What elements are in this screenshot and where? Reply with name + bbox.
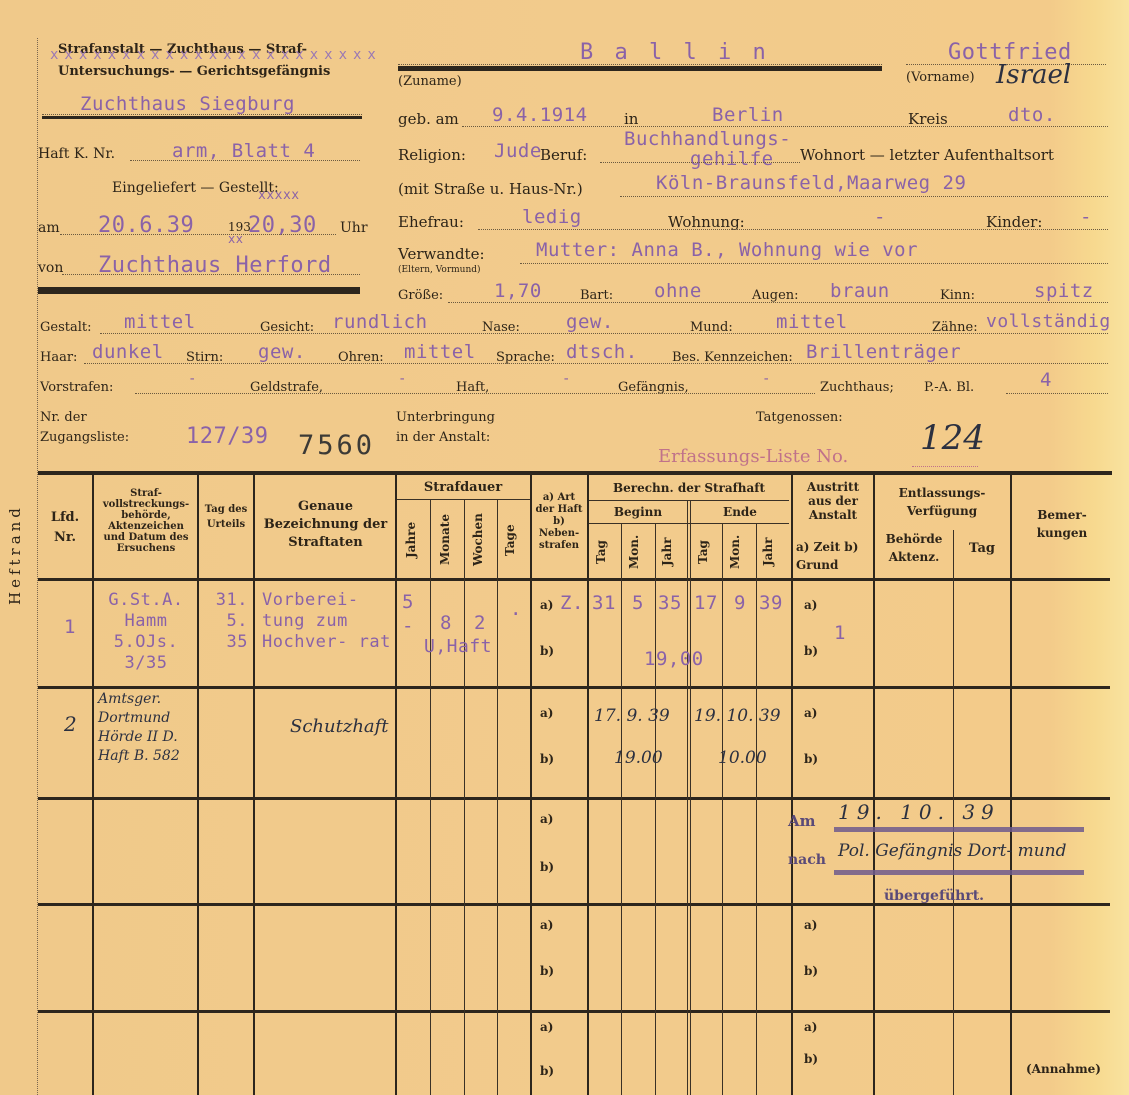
th-ende: Ende: [692, 506, 788, 519]
surname-bar: [398, 66, 882, 71]
col-divider: [756, 524, 757, 1095]
th-wochen: Wochen: [471, 504, 493, 576]
ehefrau-dotline: [478, 229, 1108, 230]
augen-value: braun: [830, 280, 890, 302]
von-dotline: [62, 274, 360, 275]
th-beginn-jahr: Jahr: [660, 528, 684, 576]
stamp-bar-2: [834, 870, 1084, 875]
haft-nr-label: Haft K. Nr.: [38, 146, 115, 162]
zugang-value: 127/39: [186, 424, 268, 449]
row3-a-label: a): [540, 812, 553, 826]
row2-straftat: Schutzhaft: [290, 716, 389, 737]
th-beginn-tag: Tag: [594, 528, 618, 576]
ohren-value: mittel: [404, 341, 476, 363]
nase-value: gew.: [566, 311, 614, 333]
row1-austritt-b: b): [804, 644, 818, 658]
institution-line-2: Untersuchungs- — Gerichtsgefängnis: [58, 64, 330, 79]
th-tage: Tage: [503, 504, 525, 576]
th-ende-jahr: Jahr: [761, 528, 785, 576]
row1-uhaft: U,Haft: [424, 636, 492, 657]
sprache-value: dtsch.: [566, 341, 638, 363]
am-label: am: [38, 220, 60, 236]
col-divider: [587, 473, 589, 1095]
th-beginn-mon: Mon.: [627, 528, 651, 576]
row1-lfd: 1: [64, 616, 76, 638]
institution-dotline: [42, 114, 362, 115]
gesicht-value: rundlich: [332, 311, 428, 333]
verwandte-sublabel: (Eltern, Vormund): [398, 265, 481, 275]
bart-label: Bart:: [580, 288, 613, 303]
row5-austritt-a: a): [804, 1020, 817, 1034]
zugang-label-2: Zugangsliste:: [40, 430, 129, 445]
row2-ende-zeit: 10.00: [718, 748, 767, 768]
row5-a-label: a): [540, 1020, 553, 1034]
religion-value: Jude: [494, 140, 542, 162]
wohnort-dotline: [620, 196, 1108, 197]
row3-am-label: Am: [788, 812, 816, 830]
surname-value: B a l l i n: [580, 40, 770, 65]
col-divider: [873, 473, 875, 1095]
table-top-border: [38, 471, 1112, 475]
row3-uebergefuehrt: übergeführt.: [884, 888, 984, 904]
wohnort-value: Köln-Braunsfeld,Maarweg 29: [656, 172, 966, 194]
surname-label: (Zuname): [398, 74, 462, 89]
kinn-label: Kinn:: [940, 288, 975, 303]
bart-value: ohne: [654, 280, 702, 302]
row2-austritt-a: a): [804, 706, 817, 720]
th-tag-urteil: Tag des Urteils: [200, 502, 252, 532]
th-strafdauer: Strafdauer: [398, 481, 528, 494]
row1-jahre: 5 -: [402, 590, 422, 638]
th-lfd-nr: Lfd. Nr.: [40, 508, 90, 548]
row3-nach-value: Pol. Gefängnis Dort- mund: [838, 838, 1088, 864]
row1-b-label: b): [540, 644, 554, 658]
header-left-bottom-bar: [38, 287, 360, 294]
th-entlassung: Entlassungs- Verfügung: [876, 484, 1008, 520]
strasse-label: (mit Straße u. Haus-Nr.): [398, 180, 583, 198]
th-berechnung: Berechn. der Strafhaft: [590, 482, 788, 495]
row4-austritt-a: a): [804, 918, 817, 932]
pa-label: P.-A. Bl.: [924, 380, 974, 395]
row3-b-label: b): [540, 860, 554, 874]
col-divider: [690, 500, 691, 1095]
erfassung-stamp: Erfassungs-Liste No.: [658, 446, 848, 467]
vorstrafen-value: -: [188, 371, 197, 387]
th-austritt-ab: a) Zeit b) Grund: [796, 538, 872, 574]
ehefrau-value: ledig: [522, 206, 582, 228]
row1-a-label: a): [540, 598, 553, 612]
haft-nr-value: arm, Blatt 4: [172, 140, 315, 162]
row4-a-label: a): [540, 918, 553, 932]
verwandte-dotline: [520, 263, 1108, 264]
kennzeichen-value: Brillenträger: [806, 341, 961, 363]
row1-ende-tag: 17: [694, 592, 718, 614]
kinder-value: -: [1080, 206, 1092, 228]
th-straftaten: Genaue Bezeichnung der Straftaten: [258, 498, 393, 552]
gestalt-dotline: [100, 333, 1108, 334]
th-jahre: Jahre: [404, 504, 426, 576]
row1-wochen: 2: [474, 612, 486, 634]
col-divider: [530, 473, 532, 1095]
berechnung-subline: [589, 500, 789, 501]
th-ende-tag: Tag: [696, 528, 720, 576]
geb-value: 9.4.1914: [492, 104, 588, 126]
row1-tage: .: [510, 598, 522, 620]
verwandte-label: Verwandte:: [398, 245, 485, 263]
groesse-value: 1,70: [494, 280, 542, 302]
haar-dotline: [84, 363, 1108, 364]
zuchthaus-label: Zuchthaus;: [820, 380, 894, 395]
wohnort-label: Wohnort — letzter Aufenthaltsort: [800, 146, 1054, 164]
surname-dotline: [398, 64, 882, 65]
row2-beginn-zeit: 19.00: [614, 748, 663, 768]
eingeliefert-label: Eingeliefert — Gestellt:: [112, 180, 279, 196]
gestalt-value: mittel: [124, 311, 196, 333]
beruf-label: Beruf:: [540, 146, 587, 164]
row2-behoerde: Amtsger. Dortmund Hörde II D. Haft B. 58…: [98, 690, 194, 766]
col-divider: [253, 473, 255, 1095]
haar-label: Haar:: [40, 350, 77, 365]
pa-dotline: [1006, 393, 1108, 394]
institution-strike-1: xxxxxxxxxxxxxxxxxxxxxxx: [50, 47, 382, 63]
col-divider: [430, 500, 431, 1095]
th-beginn: Beginn: [590, 506, 686, 519]
unterbringung-label-2: in der Anstalt:: [396, 430, 490, 445]
erfassung-dotline: [912, 466, 978, 467]
annahme-label: (Annahme): [1026, 1062, 1101, 1076]
institution-typed: Zuchthaus Siegburg: [80, 93, 295, 115]
row1-tag-urteil: 31. 5. 35: [204, 590, 248, 653]
beruf-dotline: [600, 162, 800, 163]
geb-label: geb. am: [398, 110, 459, 128]
col-divider: [464, 500, 465, 1095]
th-monate: Monate: [438, 504, 460, 576]
row4-austritt-b: b): [804, 964, 818, 978]
col-divider: [687, 500, 688, 1095]
groesse-dotline: [448, 302, 1108, 303]
row1-zeit: 19,00: [644, 648, 704, 670]
vorstrafen-dotline: [135, 393, 815, 394]
verwandte-value: Mutter: Anna B., Wohnung wie vor: [536, 239, 918, 261]
row2-b-label: b): [540, 752, 554, 766]
col-divider: [621, 524, 622, 1095]
tatgenossen-label: Tatgenossen:: [756, 410, 843, 425]
zaehne-value: vollständig: [986, 311, 1111, 332]
vorstrafen-label: Vorstrafen:: [40, 380, 113, 395]
geb-dotline: [462, 126, 1108, 127]
row1-art-a: Z.: [560, 592, 584, 614]
pa-value: 4: [1040, 369, 1052, 391]
ehefrau-label: Ehefrau:: [398, 213, 464, 231]
divider: [42, 116, 362, 119]
th-behoerde-aktenz: Behörde Aktenz.: [876, 530, 952, 566]
row3-am-value: 19. 10. 39: [838, 800, 1000, 824]
am-dotline: [60, 234, 336, 235]
birthplace-value: Berlin: [712, 104, 784, 126]
beruf-value-line1: Buchhandlungs-: [624, 128, 791, 150]
row2-lfd: 2: [64, 712, 77, 736]
row5-b-label: b): [540, 1064, 554, 1078]
zugang-label-1: Nr. der: [40, 410, 87, 425]
row4-b-label: b): [540, 964, 554, 978]
row1-monate: 8: [440, 612, 452, 634]
augen-label: Augen:: [752, 288, 799, 303]
haft-nr-dotline: [130, 160, 360, 161]
col-divider: [197, 473, 199, 1095]
firstname-handwritten: Israel: [996, 60, 1071, 90]
col-divider: [722, 524, 723, 1095]
col-divider: [497, 500, 498, 1095]
col-divider: [655, 524, 656, 1095]
col-divider: [395, 473, 397, 1095]
religion-label: Religion:: [398, 146, 466, 164]
eingeliefert-strike: xxxxx: [258, 188, 300, 203]
row1-beginn-mon: 5: [632, 592, 644, 614]
row3-nach-label: nach: [788, 852, 826, 868]
beruf-value-line2: gehilfe: [690, 148, 774, 170]
th-behoerde: Straf- vollstreckungs- behörde, Aktenzei…: [96, 488, 196, 554]
row5-austritt-b: b): [804, 1052, 818, 1066]
row2-austritt-b: b): [804, 752, 818, 766]
row2-ende: 19. 10. 39: [694, 706, 781, 726]
row1-straftat: Vorberei- tung zum Hochver- rat: [262, 590, 394, 653]
col-divider: [1010, 473, 1012, 1095]
haft-value: -: [562, 371, 571, 387]
geldstrafe-value: -: [398, 371, 407, 387]
row1-austritt-a: a): [804, 598, 817, 612]
stamp-number: 7560: [298, 430, 375, 461]
row1-austritt-value: 1: [834, 622, 846, 644]
erfassung-value: 124: [920, 418, 985, 458]
wohnung-value: -: [874, 206, 886, 228]
von-label: von: [38, 260, 63, 276]
col-divider: [92, 473, 94, 1095]
row1-beginn-tag: 31: [592, 592, 616, 614]
firstname-label: (Vorname): [906, 70, 975, 85]
unterbringung-label-1: Unterbringung: [396, 410, 495, 425]
kinn-value: spitz: [1034, 280, 1094, 302]
uhr-label: Uhr: [340, 220, 368, 236]
stamp-bar-1: [834, 827, 1084, 832]
th-austritt: Austritt aus der Anstalt: [794, 480, 872, 522]
th-entl-tag: Tag: [956, 542, 1008, 555]
col-divider: [791, 473, 793, 1095]
row2-a-label: a): [540, 706, 553, 720]
row2-beginn: 17. 9. 39: [594, 706, 670, 726]
th-ende-mon: Mon.: [728, 528, 752, 576]
gefaengnis-value: -: [762, 371, 771, 387]
binding-margin-line: [37, 38, 38, 1095]
gestalt-label: Gestalt:: [40, 320, 92, 335]
stirn-value: gew.: [258, 341, 306, 363]
th-art-haft: a) Art der Haft b) Neben- strafen: [532, 492, 586, 552]
row1-beginn-jahr: 35: [658, 592, 682, 614]
row1-ende-mon: 9: [734, 592, 746, 614]
heftrand-label: Heftrand: [6, 485, 32, 605]
kreis-value: dto.: [1008, 104, 1056, 126]
groesse-label: Größe:: [398, 288, 443, 303]
beginn-ende-subline: [589, 523, 789, 524]
row1-behoerde: G.St.A. Hamm 5.OJs. 3/35: [96, 590, 196, 674]
row1-ende-jahr: 39: [759, 592, 783, 614]
th-bemerkungen: Bemer- kungen: [1014, 506, 1110, 542]
mund-value: mittel: [776, 311, 848, 333]
haar-value: dunkel: [92, 341, 164, 363]
